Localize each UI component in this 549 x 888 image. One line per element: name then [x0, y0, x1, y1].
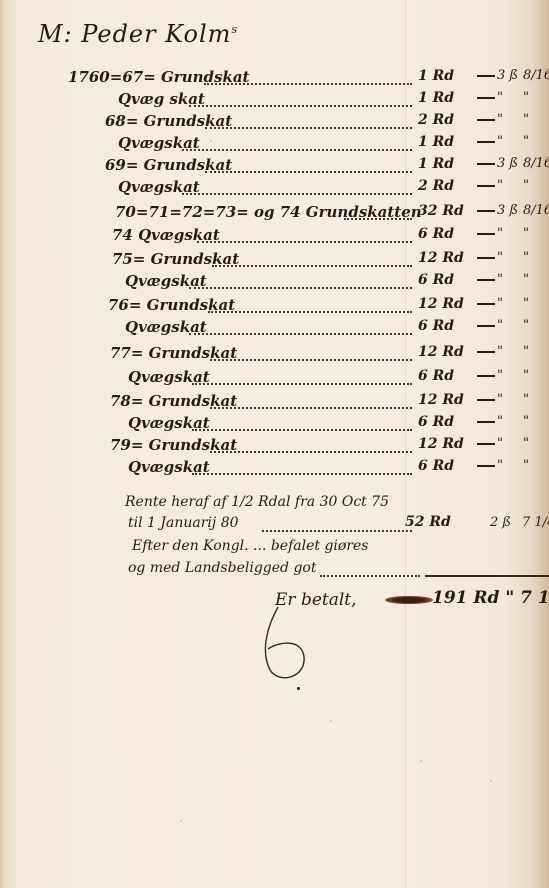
- ledger-row: Qvægskat6 Rd"": [0, 318, 549, 340]
- ledger-row: Qvægskat6 Rd"": [0, 272, 549, 294]
- entry-penning: ": [523, 272, 529, 287]
- leader-dots: [182, 148, 412, 151]
- entry-penning: ": [523, 90, 529, 105]
- entry-skilling: ": [475, 250, 503, 265]
- entry-amount: 1 Rd: [418, 90, 454, 106]
- entry-penning: ": [523, 458, 529, 473]
- entry-skilling: 3 ß: [475, 156, 518, 171]
- entry-skilling: 3 ß: [475, 203, 518, 218]
- entry-amount: 32 Rd: [418, 203, 464, 219]
- signature-flourish-icon: [258, 605, 318, 685]
- entry-amount: 6 Rd: [418, 318, 454, 334]
- entry-skilling: ": [475, 344, 503, 359]
- leader-dots: [320, 574, 420, 577]
- entry-penning: ": [523, 414, 529, 429]
- entry-skilling: ": [475, 272, 503, 287]
- interest-skilling: 2 ß: [490, 515, 511, 530]
- entry-penning: ": [523, 392, 529, 407]
- leader-dots: [189, 332, 412, 335]
- ledger-row: Qvægskat6 Rd"": [0, 414, 549, 436]
- entry-skilling: ": [475, 392, 503, 407]
- entry-penning: ": [523, 134, 529, 149]
- entry-amount: 6 Rd: [418, 414, 454, 430]
- entry-penning: ": [523, 178, 529, 193]
- paper-speck: [180, 820, 182, 822]
- leader-dots: [208, 310, 412, 313]
- entry-skilling: ": [475, 368, 503, 383]
- page-header: M: Peder Kolms: [38, 20, 238, 48]
- entry-skilling: ": [475, 436, 503, 451]
- entry-skilling: ": [475, 112, 503, 127]
- entry-amount: 1 Rd: [418, 156, 454, 172]
- leader-dots: [189, 104, 412, 107]
- entry-amount: 12 Rd: [418, 344, 464, 360]
- ledger-row: Qvægskat6 Rd"": [0, 368, 549, 390]
- entry-amount: 12 Rd: [418, 250, 464, 266]
- total-rigsdaler: 191 Rd: [432, 588, 499, 608]
- ledger-row: Qvægskat6 Rd"": [0, 458, 549, 480]
- entry-amount: 6 Rd: [418, 458, 454, 474]
- leader-dots: [204, 82, 412, 85]
- entry-penning: 8/16: [523, 203, 549, 218]
- entry-penning: ": [523, 226, 529, 241]
- leader-dots: [212, 264, 412, 267]
- ledger-row: 70=71=72=73= og 74 Grundskatten32 Rd3 ß8…: [0, 203, 549, 225]
- header-superscript: s: [231, 23, 238, 36]
- entry-skilling: ": [475, 90, 503, 105]
- total-penning: 7 1/4: [520, 588, 549, 608]
- header-name: M: Peder Kolm: [38, 20, 231, 48]
- manuscript-page: M: Peder Kolms 1760=67= Grundskat1 Rd3 ß…: [0, 0, 549, 888]
- entry-penning: 8/16: [523, 68, 549, 83]
- entry-penning: 8/16: [523, 156, 549, 171]
- total-skilling: ": [505, 588, 514, 608]
- ledger-row: 76= Grundskat12 Rd"": [0, 296, 549, 318]
- note-line-1: Rente heraf af 1/2 Rdal fra 30 Oct 75: [125, 494, 389, 510]
- ledger-row: 79= Grundskat12 Rd"": [0, 436, 549, 458]
- leader-dots: [189, 286, 412, 289]
- leader-dots: [192, 382, 412, 385]
- entry-penning: ": [523, 344, 529, 359]
- ledger-row: 75= Grundskat12 Rd"": [0, 250, 549, 272]
- entry-skilling: ": [475, 414, 503, 429]
- interest-amount: 52 Rd: [405, 514, 451, 530]
- entry-amount: 12 Rd: [418, 392, 464, 408]
- entry-amount: 6 Rd: [418, 272, 454, 288]
- ledger-row: 74 Qvægskat6 Rd"": [0, 226, 549, 248]
- leader-dots: [344, 217, 412, 220]
- ledger-row: 69= Grundskat1 Rd3 ß8/16: [0, 156, 549, 178]
- entry-amount: 2 Rd: [418, 112, 454, 128]
- entry-amount: 1 Rd: [418, 68, 454, 84]
- ledger-row: 78= Grundskat12 Rd"": [0, 392, 549, 414]
- entry-amount: 12 Rd: [418, 436, 464, 452]
- entry-amount: 2 Rd: [418, 178, 454, 194]
- entry-penning: ": [523, 112, 529, 127]
- entry-skilling: ": [475, 226, 503, 241]
- note-line-3: Efter den Kongl. ... befalet giøres: [132, 538, 368, 554]
- entry-amount: 6 Rd: [418, 368, 454, 384]
- leader-dots: [192, 428, 412, 431]
- leader-dots: [210, 358, 412, 361]
- entry-penning: ": [523, 296, 529, 311]
- ledger-row: 68= Grundskat2 Rd"": [0, 112, 549, 134]
- paper-speck: [420, 760, 422, 762]
- interest-penning: 7 1/4: [522, 515, 549, 530]
- entry-penning: ": [523, 250, 529, 265]
- ink-dot: [297, 687, 300, 690]
- entry-skilling: ": [475, 458, 503, 473]
- total-amount: 191 Rd " 7 1/4: [432, 588, 549, 608]
- sum-rule: [425, 575, 549, 577]
- leader-dots: [192, 472, 412, 475]
- note-line-2: til 1 Januarij 80: [128, 515, 239, 531]
- ledger-row: 1760=67= Grundskat1 Rd3 ß8/16: [0, 68, 549, 90]
- ledger-row: 77= Grundskat12 Rd"": [0, 344, 549, 366]
- leader-dots: [205, 170, 412, 173]
- leader-dots: [205, 126, 412, 129]
- note-line-4: og med Landsbeligged got: [128, 560, 316, 576]
- paper-speck: [330, 720, 332, 722]
- entry-skilling: ": [475, 134, 503, 149]
- entry-amount: 1 Rd: [418, 134, 454, 150]
- leader-dots: [262, 529, 412, 532]
- leader-dots: [197, 240, 412, 243]
- entry-skilling: ": [475, 178, 503, 193]
- entry-penning: ": [523, 318, 529, 333]
- entry-amount: 12 Rd: [418, 296, 464, 312]
- entry-skilling: 3 ß: [475, 68, 518, 83]
- entry-penning: ": [523, 368, 529, 383]
- ledger-row: Qvægskat1 Rd"": [0, 134, 549, 156]
- ink-blot: [385, 596, 433, 604]
- entry-skilling: ": [475, 318, 503, 333]
- leader-dots: [210, 450, 412, 453]
- leader-dots: [182, 192, 412, 195]
- paper-speck: [490, 780, 492, 782]
- leader-dots: [210, 406, 412, 409]
- entry-penning: ": [523, 436, 529, 451]
- entry-skilling: ": [475, 296, 503, 311]
- ledger-row: Qvæg skat1 Rd"": [0, 90, 549, 112]
- entry-amount: 6 Rd: [418, 226, 454, 242]
- ledger-row: Qvægskat2 Rd"": [0, 178, 549, 200]
